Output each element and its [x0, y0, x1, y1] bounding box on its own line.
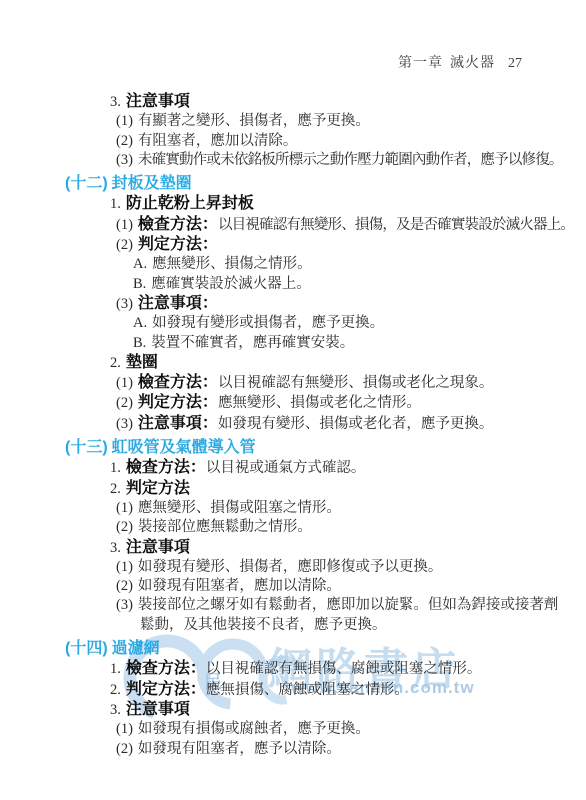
line-marker: 1.: [110, 661, 121, 677]
content-line: (2)如發現有阻塞者，應予以清除。: [65, 740, 586, 759]
line-label: 注意事項: [126, 701, 190, 718]
line-marker: (3): [116, 597, 133, 613]
content-line: (2)裝接部位應無鬆動之情形。: [65, 518, 586, 537]
line-marker: 1.: [110, 460, 121, 476]
line-marker: 3.: [110, 94, 121, 110]
line-marker: (3): [116, 152, 133, 168]
content-line: (3)裝接部位之螺牙如有鬆動者，應即加以旋緊。但如為銲接或接著劑: [65, 596, 586, 615]
line-marker: 2.: [110, 355, 121, 371]
book-page: 民 網路書店 www.sanmin.com.tw 第一章滅火器27 3.注意事項…: [0, 0, 586, 800]
line-text: 如發現有阻塞者，應加以清除。: [138, 578, 341, 594]
content-line: B.應確實裝設於滅火器上。: [65, 275, 586, 294]
line-text: 如發現有變形、損傷者，應即修復或予以更換。: [138, 559, 443, 575]
content-line: A.如發現有變形或損傷者，應予更換。: [65, 314, 586, 333]
line-marker: (1): [116, 721, 133, 737]
line-label: 判定方法: [126, 480, 190, 497]
line-label: 注意事項: [126, 539, 190, 556]
line-marker: 3.: [110, 540, 121, 556]
line-marker: 2.: [110, 682, 121, 698]
page-content: 3.注意事項(1)有顯著之變形、損傷者，應予更換。(2)有阻塞者，應加以清除。(…: [65, 92, 586, 759]
content-line: 1.檢查方法：以目視或通氣方式確認。: [65, 458, 586, 478]
line-marker: (1): [116, 217, 133, 233]
page-header: 第一章滅火器27: [398, 52, 522, 72]
line-text: 以目視確認有無損傷、腐蝕或阻塞之情形。: [206, 661, 482, 677]
line-marker: A.: [133, 315, 147, 331]
content-line: A.應無變形、損傷之情形。: [65, 255, 586, 274]
line-text: 應無損傷、腐蝕或阻塞之情形。: [206, 682, 409, 698]
line-marker: (2): [116, 519, 133, 535]
line-text: 以目視確認有無變形、損傷，及是否確實裝設於滅火器上。: [218, 217, 574, 233]
line-text: 應無變形、損傷之情形。: [152, 256, 312, 272]
line-text: 裝接部位應無鬆動之情形。: [138, 519, 312, 535]
content-line: 3.注意事項: [65, 538, 586, 558]
content-line: 2.判定方法：應無損傷、腐蝕或阻塞之情形。: [65, 680, 586, 700]
line-marker: (2): [116, 395, 133, 411]
line-text: 未確實動作或未依銘板所標示之動作壓力範圍內動作者，應予以修復。: [138, 152, 563, 168]
content-line: (2)如發現有阻塞者，應加以清除。: [65, 577, 586, 596]
line-text: 應無變形、損傷或阻塞之情形。: [138, 500, 341, 516]
line-label: 墊圈: [126, 354, 158, 371]
line-text: 如發現有損傷或腐蝕者，應予更換。: [138, 721, 370, 737]
line-label: 封板及墊圈: [112, 175, 192, 192]
line-marker: (1): [116, 559, 133, 575]
line-marker: (1): [116, 500, 133, 516]
content-line: B.裝置不確實者，應再確實安裝。: [65, 334, 586, 353]
line-label: 檢查方法：: [138, 374, 218, 391]
line-marker: (2): [116, 741, 133, 757]
line-text: 鬆動，及其他裝接不良者，應予更換。: [140, 617, 387, 633]
content-line: (3)未確實動作或未依銘板所標示之動作壓力範圍內動作者，應予以修復。: [65, 151, 586, 170]
line-marker: (十三): [65, 439, 108, 456]
content-line: 3.注意事項: [65, 700, 586, 720]
line-text: 裝置不確實者，應再確實安裝。: [151, 335, 354, 351]
line-label: 檢查方法：: [126, 660, 206, 677]
line-text: 裝接部位之螺牙如有鬆動者，應即加以旋緊。但如為銲接或接著劑: [138, 597, 559, 613]
line-marker: (1): [116, 113, 133, 129]
line-label: 檢查方法：: [126, 459, 206, 476]
line-marker: B.: [133, 276, 146, 292]
content-line: (1)有顯著之變形、損傷者，應予更換。: [65, 112, 586, 131]
content-line: (1)如發現有損傷或腐蝕者，應予更換。: [65, 720, 586, 739]
line-marker: (2): [116, 237, 133, 253]
line-text: 如發現有變形、損傷或老化者，應予更換。: [218, 416, 494, 432]
line-marker: B.: [133, 335, 146, 351]
line-label: 防止乾粉上昇封板: [126, 195, 254, 212]
content-line: (1)如發現有變形、損傷者，應即修復或予以更換。: [65, 558, 586, 577]
line-text: 有顯著之變形、損傷者，應予更換。: [138, 113, 370, 129]
line-label: 檢查方法：: [138, 216, 218, 233]
content-line: (2)判定方法：: [65, 235, 586, 255]
line-text: 以目視確認有無變形、損傷或老化之現象。: [218, 375, 494, 391]
line-marker: 3.: [110, 702, 121, 718]
line-label: 注意事項：: [138, 295, 218, 312]
line-text: 應確實裝設於滅火器上。: [151, 276, 311, 292]
line-label: 判定方法：: [138, 236, 218, 253]
line-label: 判定方法：: [126, 681, 206, 698]
content-line: (1)檢查方法：以目視確認有無變形、損傷或老化之現象。: [65, 373, 586, 393]
content-line: 鬆動，及其他裝接不良者，應予更換。: [65, 616, 586, 635]
content-line: (3)注意事項：如發現有變形、損傷或老化者，應予更換。: [65, 414, 586, 434]
content-line: (2)有阻塞者，應加以清除。: [65, 132, 586, 151]
header-section-title: 滅火器: [450, 56, 495, 71]
content-line: 2.墊圈: [65, 353, 586, 373]
line-text: 應無變形、損傷或老化之情形。: [218, 395, 421, 411]
line-marker: 2.: [110, 481, 121, 497]
header-page-number: 27: [508, 56, 522, 71]
line-label: 注意事項: [126, 93, 190, 110]
line-label: 過濾網: [112, 640, 160, 657]
content-line: 1.防止乾粉上昇封板: [65, 194, 586, 214]
content-line: 2.判定方法: [65, 479, 586, 499]
line-text: 如發現有阻塞者，應予以清除。: [138, 741, 341, 757]
section-heading: (十三)虹吸管及氣體導入管: [65, 438, 586, 458]
header-chapter: 第一章: [398, 56, 443, 71]
section-heading: (十二)封板及墊圈: [65, 174, 586, 194]
line-marker: A.: [133, 256, 147, 272]
line-text: 如發現有變形或損傷者，應予更換。: [152, 315, 384, 331]
line-marker: (十二): [65, 175, 108, 192]
line-label: 判定方法：: [138, 394, 218, 411]
line-label: 注意事項：: [138, 415, 218, 432]
content-line: (2)判定方法：應無變形、損傷或老化之情形。: [65, 393, 586, 413]
line-marker: (1): [116, 375, 133, 391]
line-marker: (3): [116, 296, 133, 312]
line-marker: (3): [116, 416, 133, 432]
line-text: 以目視或通氣方式確認。: [206, 460, 366, 476]
line-marker: (2): [116, 578, 133, 594]
content-line: (1)檢查方法：以目視確認有無變形、損傷，及是否確實裝設於滅火器上。: [65, 215, 586, 235]
section-heading: (十四)過濾網: [65, 639, 586, 659]
line-marker: 1.: [110, 196, 121, 212]
content-line: 1.檢查方法：以目視確認有無損傷、腐蝕或阻塞之情形。: [65, 659, 586, 679]
line-label: 虹吸管及氣體導入管: [112, 439, 256, 456]
line-marker: (十四): [65, 640, 108, 657]
line-marker: (2): [116, 133, 133, 149]
content-line: (1)應無變形、損傷或阻塞之情形。: [65, 499, 586, 518]
content-line: (3)注意事項：: [65, 294, 586, 314]
content-line: 3.注意事項: [65, 92, 586, 112]
line-text: 有阻塞者，應加以清除。: [138, 133, 298, 149]
